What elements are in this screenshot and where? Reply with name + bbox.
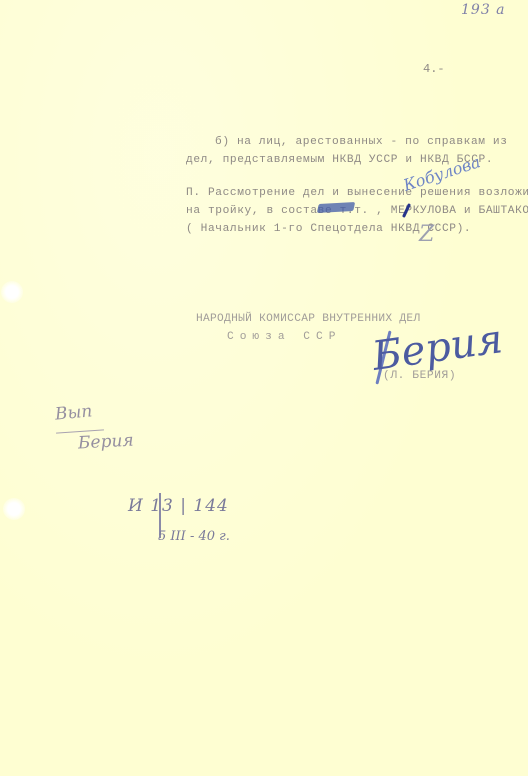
handwritten-note-bottom: Берия bbox=[78, 431, 135, 454]
body-line-4: на тройку, в составе т.т. , МЕРКУЛОВА и … bbox=[186, 205, 528, 217]
signatory-name: (Л. БЕРИЯ) bbox=[383, 370, 456, 382]
signatory-title: НАРОДНЫЙ КОМИССАР ВНУТРЕННИХ ДЕЛ bbox=[196, 313, 420, 325]
body-line-3: П. Рассмотрение дел и вынесение решения … bbox=[186, 187, 528, 199]
document-page: 193 a 4.- б) на лиц, арестованных - по с… bbox=[0, 0, 528, 776]
filing-date: 5 III - 40 г. bbox=[158, 529, 230, 544]
archive-number: 193 a bbox=[461, 2, 506, 18]
punch-hole bbox=[1, 281, 23, 303]
punch-hole bbox=[3, 498, 25, 520]
margin-mark: Z bbox=[419, 222, 434, 247]
body-line-1: б) на лиц, арестованных - по справкам из bbox=[215, 136, 508, 148]
page-number: 4.- bbox=[423, 62, 445, 76]
signatory-title-country: Союза ССР bbox=[227, 331, 341, 343]
handwritten-note-top: Вып bbox=[54, 401, 93, 424]
filing-reference: И 13 | 144 bbox=[128, 496, 229, 516]
